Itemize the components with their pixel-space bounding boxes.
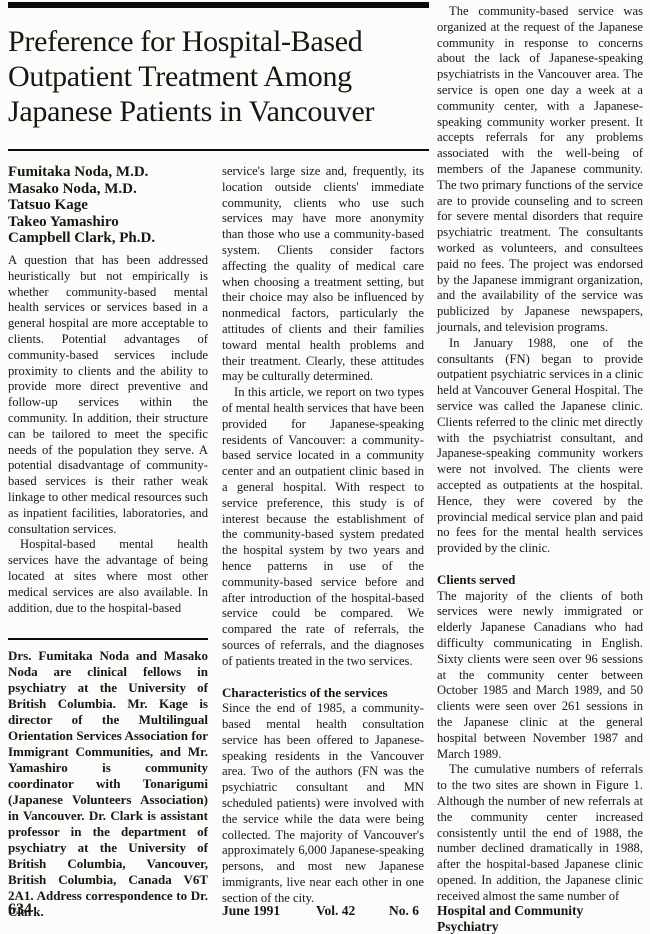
journal-page: Preference for Hospital-Based Outpatient… xyxy=(0,0,650,934)
journal-name: Hospital and Community Psychiatry xyxy=(437,903,647,934)
affiliation-rule xyxy=(8,638,208,640)
paragraph: In January 1988, one of the consultants … xyxy=(437,336,643,557)
paragraph: In this article, we report on two types … xyxy=(222,385,424,669)
masthead: Preference for Hospital-Based Outpatient… xyxy=(8,0,429,151)
issue-number-label: No. 6 xyxy=(389,903,419,919)
right-column: The community-based service was organize… xyxy=(437,4,643,905)
author-name: Campbell Clark, Ph.D. xyxy=(8,230,208,247)
affiliation-note: Drs. Fumitaka Noda and Masako Noda are c… xyxy=(8,648,208,920)
paragraph: A question that has been addressed heuri… xyxy=(8,253,208,537)
author-name: Fumitaka Noda, M.D. xyxy=(8,164,208,181)
page-title: Preference for Hospital-Based Outpatient… xyxy=(8,24,429,129)
paragraph: The community-based service was organize… xyxy=(437,4,643,336)
title-line-3: Japanese Patients in Vancouver xyxy=(8,94,429,129)
left-column: A question that has been addressed heuri… xyxy=(8,253,208,616)
middle-column: service's large size and, frequently, it… xyxy=(222,164,424,907)
title-line-2: Outpatient Treatment Among xyxy=(8,59,429,94)
footer: 634 June 1991 Vol. 42 No. 6 Hospital and… xyxy=(0,901,650,923)
issue-date: June 1991 xyxy=(222,903,280,919)
title-rule xyxy=(8,149,429,151)
paragraph: Hospital-based mental health services ha… xyxy=(8,537,208,616)
paragraph: The majority of the clients of both serv… xyxy=(437,589,643,763)
section-heading-clients-served: Clients served xyxy=(437,572,643,588)
top-rule xyxy=(8,2,429,8)
page-number: 634 xyxy=(8,901,32,919)
author-name: Takeo Yamashiro xyxy=(8,214,208,231)
author-name: Tatsuo Kage xyxy=(8,197,208,214)
author-name: Masako Noda, M.D. xyxy=(8,181,208,198)
section-heading-characteristics: Characteristics of the services xyxy=(222,685,424,701)
paragraph: service's large size and, frequently, it… xyxy=(222,164,424,385)
paragraph: Since the end of 1985, a community-based… xyxy=(222,701,424,906)
paragraph: The cumulative numbers of referrals to t… xyxy=(437,762,643,904)
title-line-1: Preference for Hospital-Based xyxy=(8,24,429,59)
volume-label: Vol. 42 xyxy=(316,903,355,919)
author-list: Fumitaka Noda, M.D. Masako Noda, M.D. Ta… xyxy=(8,164,208,247)
